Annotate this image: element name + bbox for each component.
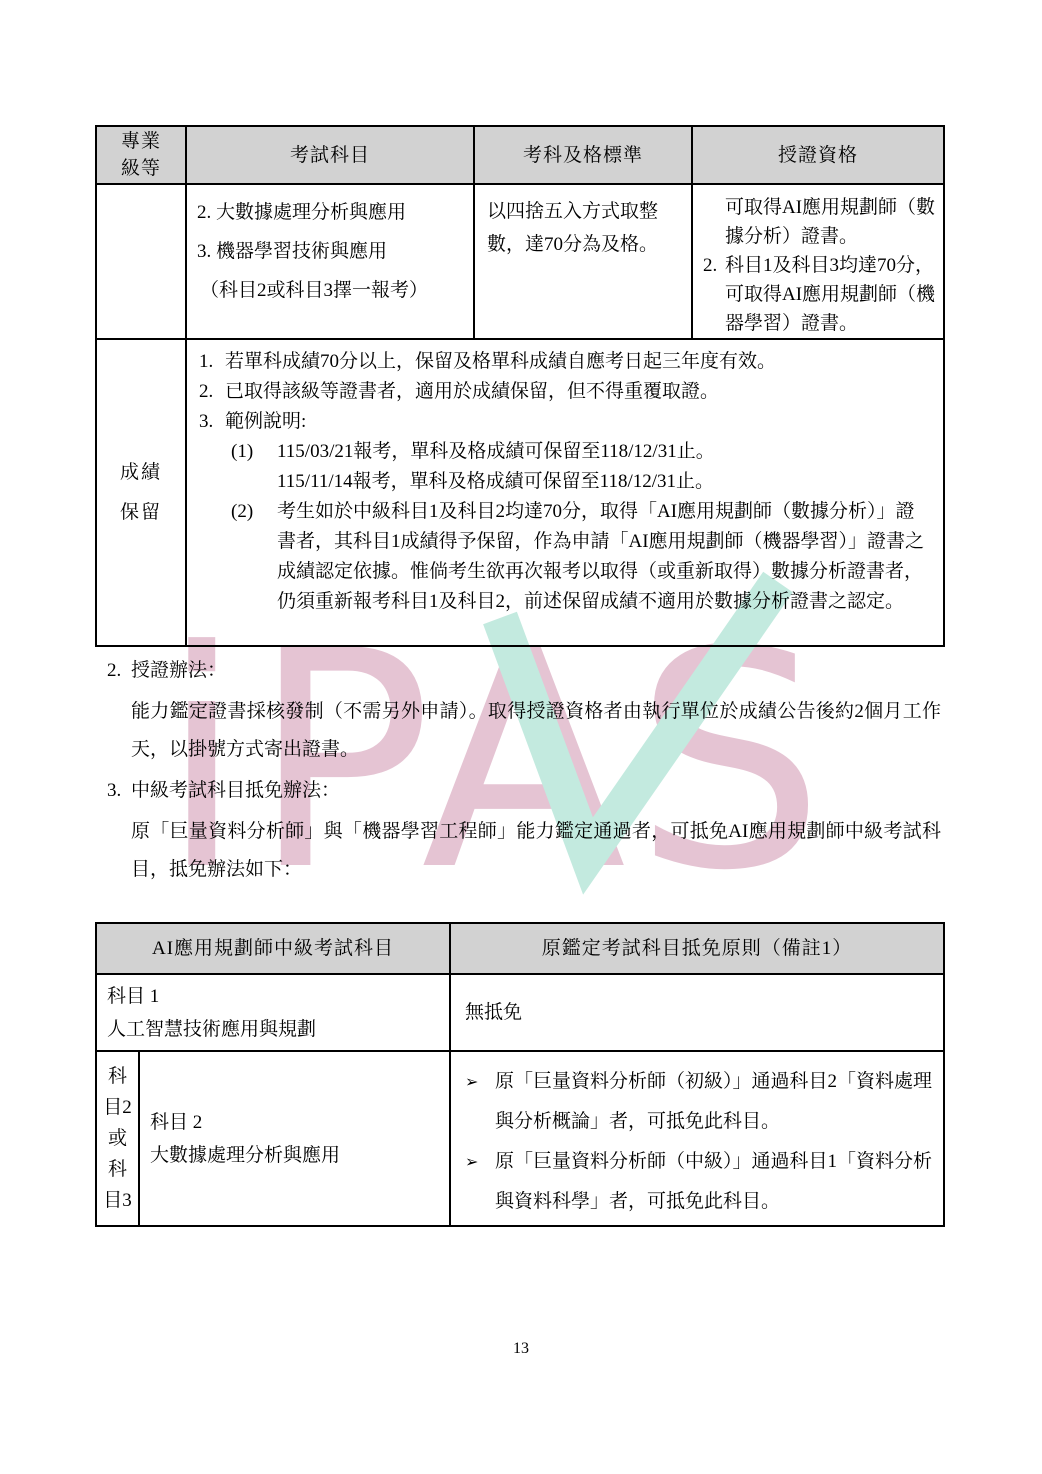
- retention-row-content: 1. 若單科成績70分以上，保留及格單科成績自應考日起三年度有效。 2. 已取得…: [186, 339, 944, 646]
- exemption-bullet-item: ➢ 原「巨量資料分析師（初級）」通過科目2「資料處理與分析概論」者，可抵免此科目…: [465, 1062, 937, 1142]
- page-number: 13: [0, 1340, 1042, 1358]
- section-certification-issuance: 2. 授證辦法： 能力鑑定證書採核發制（不需另外申請）。取得授證資格者由執行單位…: [107, 656, 943, 769]
- exemption-bullet-text: 原「巨量資料分析師（中級）」通過科目1「資料分析與資料科學」者，可抵免此科目。: [495, 1142, 937, 1222]
- subject-line: 3. 機器學習技術與應用: [197, 232, 467, 271]
- section-number: 3.: [107, 776, 131, 806]
- header-level: 專業 級等: [96, 126, 186, 184]
- header-subjects: 考試科目: [186, 126, 474, 184]
- exemption-row-subject2: 科 目2 或 科 目3 科目 2 大數據處理分析與應用 ➢ 原「巨量資料分析師（…: [96, 1051, 944, 1226]
- section-title: 授證辦法：: [131, 656, 226, 686]
- retention-example-text: 115/03/21報考，單科及格成績可保留至118/12/31止。 115/11…: [277, 437, 715, 497]
- list-marker: 3.: [199, 407, 225, 437]
- section-heading: 2. 授證辦法：: [107, 656, 943, 686]
- arrowhead-bullet-icon: ➢: [465, 1142, 495, 1222]
- subject-group-label: 科 目2 或 科 目3: [96, 1051, 139, 1226]
- section-body: 原「巨量資料分析師」與「機器學習工程師」能力鑑定通過者，可抵免AI應用規劃師中級…: [131, 813, 941, 889]
- list-marker: 2.: [199, 377, 225, 407]
- exam-row: 2. 大數據處理分析與應用 3. 機器學習技術與應用 （科目2或科目3擇一報考）…: [96, 184, 944, 339]
- retention-example: (1) 115/03/21報考，單科及格成績可保留至118/12/31止。 11…: [231, 437, 933, 497]
- exam-row-subjects-cell: 2. 大數據處理分析與應用 3. 機器學習技術與應用 （科目2或科目3擇一報考）: [186, 184, 474, 339]
- list-marker: [703, 193, 725, 251]
- certification-item-text: 科目1及科目3均達70分，可取得AI應用規劃師（機器學習）證書。: [725, 251, 937, 338]
- exemption-bullet-text: 原「巨量資料分析師（初級）」通過科目2「資料處理與分析概論」者，可抵免此科目。: [495, 1062, 937, 1142]
- exam-row-level-cell: [96, 184, 186, 339]
- header-certification: 授證資格: [692, 126, 944, 184]
- retention-example: (2) 考生如於中級科目1及科目2均達70分，取得「AI應用規劃師（數據分析）」…: [231, 497, 933, 617]
- retention-item: 1. 若單科成績70分以上，保留及格單科成績自應考日起三年度有效。: [199, 347, 933, 377]
- section-subject-exemption: 3. 中級考試科目抵免辦法： 原「巨量資料分析師」與「機器學習工程師」能力鑑定通…: [107, 776, 943, 889]
- retention-example-text: 考生如於中級科目1及科目2均達70分，取得「AI應用規劃師（數據分析）」證書者，…: [277, 497, 933, 617]
- exam-row-certification-cell: 可取得AI應用規劃師（數據分析）證書。 2. 科目1及科目3均達70分，可取得A…: [692, 184, 944, 339]
- subject-line: 2. 大數據處理分析與應用: [197, 193, 467, 232]
- exam-row-passing-cell: 以四捨五入方式取整數，達70分為及格。: [474, 184, 692, 339]
- certification-item-text: 可取得AI應用規劃師（數據分析）證書。: [725, 193, 937, 251]
- exemption-table: AI應用規劃師中級考試科目 原鑑定考試科目抵免原則（備註1） 科目 1 人工智慧…: [95, 922, 945, 1227]
- arrowhead-bullet-icon: ➢: [465, 1062, 495, 1142]
- retention-item: 3. 範例說明:: [199, 407, 933, 437]
- exemption-table-header-row: AI應用規劃師中級考試科目 原鑑定考試科目抵免原則（備註1）: [96, 923, 944, 974]
- list-marker: (2): [231, 497, 277, 617]
- certification-table-header-row: 專業 級等 考試科目 考科及格標準 授證資格: [96, 126, 944, 184]
- exemption-row-subject1: 科目 1 人工智慧技術應用與規劃 無抵免: [96, 974, 944, 1051]
- list-marker: (1): [231, 437, 277, 497]
- section-title: 中級考試科目抵免辦法：: [131, 776, 340, 806]
- section-body: 能力鑑定證書採核發制（不需另外申請）。取得授證資格者由執行單位於成績公告後約2個…: [131, 693, 941, 769]
- retention-item-text: 已取得該級等證書者，適用於成績保留，但不得重覆取證。: [225, 377, 933, 407]
- subject2-cell: 科目 2 大數據處理分析與應用: [139, 1051, 450, 1226]
- header-passing: 考科及格標準: [474, 126, 692, 184]
- subject2-exemption-cell: ➢ 原「巨量資料分析師（初級）」通過科目2「資料處理與分析概論」者，可抵免此科目…: [450, 1051, 944, 1226]
- section-heading: 3. 中級考試科目抵免辦法：: [107, 776, 943, 806]
- retention-row-label: 成績 保留: [96, 339, 186, 646]
- header-exemption-principle: 原鑑定考試科目抵免原則（備註1）: [450, 923, 944, 974]
- certification-item: 可取得AI應用規劃師（數據分析）證書。: [703, 193, 937, 251]
- retention-item: 2. 已取得該級等證書者，適用於成績保留，但不得重覆取證。: [199, 377, 933, 407]
- subject1-exemption-cell: 無抵免: [450, 974, 944, 1051]
- document-page: iPAS 專業 級等 考試科目 考科及格標準 授證資格 2. 大數據處理分析與應…: [0, 0, 1042, 1474]
- certification-item: 2. 科目1及科目3均達70分，可取得AI應用規劃師（機器學習）證書。: [703, 251, 937, 338]
- retention-item-text: 範例說明:: [225, 407, 933, 437]
- retention-item-text: 若單科成績70分以上，保留及格單科成績自應考日起三年度有效。: [225, 347, 933, 377]
- header-exam-subject: AI應用規劃師中級考試科目: [96, 923, 450, 974]
- subject-note: （科目2或科目3擇一報考）: [200, 271, 467, 310]
- section-number: 2.: [107, 656, 131, 686]
- retention-row: 成績 保留 1. 若單科成績70分以上，保留及格單科成績自應考日起三年度有效。 …: [96, 339, 944, 646]
- subject1-cell: 科目 1 人工智慧技術應用與規劃: [96, 974, 450, 1051]
- certification-table: 專業 級等 考試科目 考科及格標準 授證資格 2. 大數據處理分析與應用 3. …: [95, 125, 945, 647]
- list-marker: 2.: [703, 251, 725, 338]
- exemption-bullet-item: ➢ 原「巨量資料分析師（中級）」通過科目1「資料分析與資料科學」者，可抵免此科目…: [465, 1142, 937, 1222]
- list-marker: 1.: [199, 347, 225, 377]
